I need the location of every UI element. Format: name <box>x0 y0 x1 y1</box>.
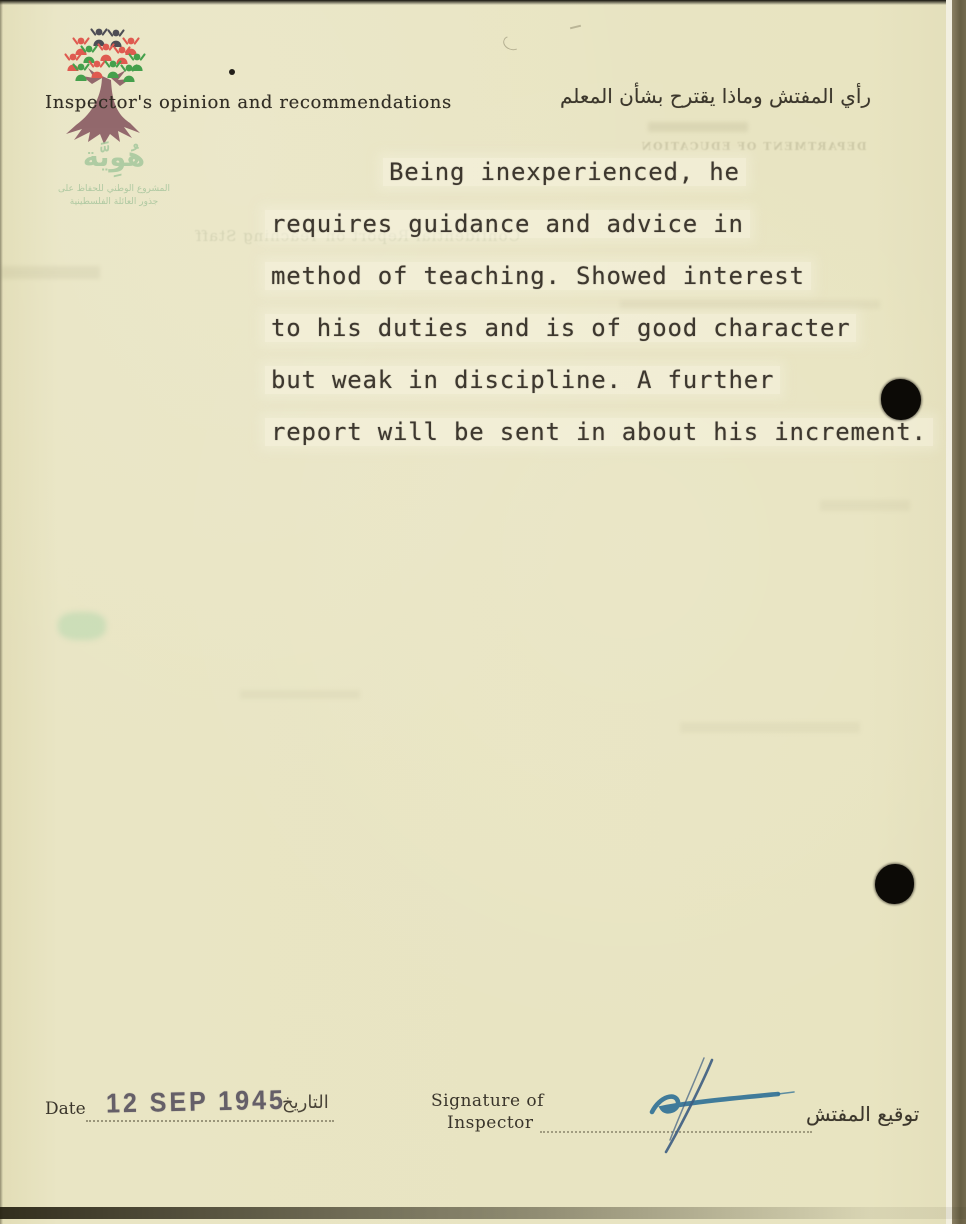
date-stamp: 12 SEP 1945 <box>106 1085 287 1120</box>
signature-label-line1: Signature of <box>431 1091 544 1111</box>
ink-dot <box>229 69 235 75</box>
scanned-document-page: هُوِيَّة المشروع الوطني للحفاظ على جذور … <box>0 0 966 1224</box>
typed-line: method of teaching. Showed interest <box>265 262 811 290</box>
scan-edge-bottom <box>0 1207 966 1219</box>
punch-hole-top <box>881 379 921 420</box>
logo-tagline-line1: المشروع الوطني للحفاظ على <box>48 184 180 194</box>
bleedthrough-mark <box>648 122 748 132</box>
section-title-english: Inspector's opinion and recommendations <box>45 92 452 113</box>
scan-edge-left <box>0 0 3 1224</box>
signature-label-line2: Inspector <box>447 1113 534 1133</box>
punch-hole-bottom <box>875 864 914 904</box>
bleedthrough-mark <box>240 690 360 699</box>
inspector-signature-ink <box>628 1052 828 1167</box>
tree-of-people-icon <box>42 26 182 146</box>
pencil-mark <box>501 34 522 53</box>
typed-line: requires guidance and advice in <box>265 210 750 238</box>
bleedthrough-mark <box>0 266 100 279</box>
typed-line: report will be sent in about his increme… <box>265 418 933 446</box>
logo-tagline-line2: جذور العائلة الفلسطينية <box>48 197 180 207</box>
bleedthrough-mark <box>680 722 860 733</box>
section-title-arabic: رأي المفتش وماذا يقترح بشأن المعلم <box>560 84 906 108</box>
logo-wordmark-arabic: هُوِيَّة <box>66 142 162 173</box>
typed-line: to his duties and is of good character <box>265 314 856 342</box>
date-label-english: Date <box>45 1099 86 1119</box>
typed-line: Being inexperienced, he <box>383 158 746 186</box>
scan-edge-right <box>952 0 966 1224</box>
archive-watermark-logo: هُوِيَّة المشروع الوطني للحفاظ على جذور … <box>42 26 182 216</box>
pencil-mark <box>570 25 581 30</box>
typed-line: but weak in discipline. A further <box>265 366 780 394</box>
bleedthrough-mark <box>820 500 910 511</box>
bleedthrough-mark <box>620 300 880 309</box>
bleedthrough-text-department: DEPARTMENT OF EDUCATION <box>640 140 867 153</box>
date-label-arabic: التاريخ <box>282 1092 329 1113</box>
green-smudge-stain <box>58 612 106 640</box>
scan-edge-top <box>0 0 966 5</box>
